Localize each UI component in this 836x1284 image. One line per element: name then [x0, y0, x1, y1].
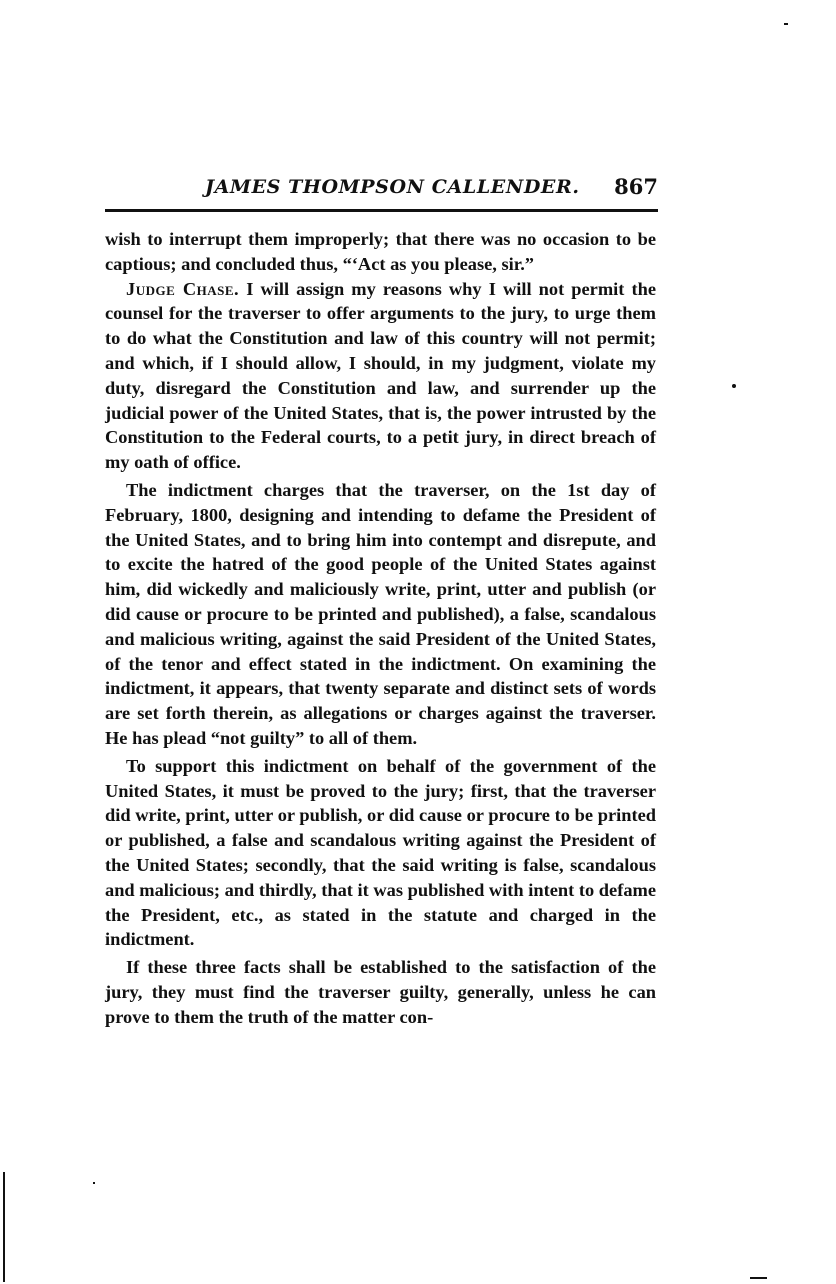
running-head: JAMES THOMPSON CALLENDER. 867	[205, 176, 658, 208]
paragraph-3: The indictment charges that the traverse…	[105, 478, 656, 751]
paragraph-5: If these three facts shall be establishe…	[105, 955, 656, 1029]
paragraph-1: wish to interrupt them improperly; that …	[105, 227, 656, 277]
paragraph-4: To support this indictment on behalf of …	[105, 754, 656, 952]
paragraph-2: Judge Chase. I will assign my reasons wh…	[105, 277, 656, 475]
speaker-name: Judge Chase.	[126, 279, 239, 299]
body-text: wish to interrupt them improperly; that …	[105, 227, 656, 1030]
scan-dot-right-margin	[732, 384, 736, 388]
running-title: JAMES THOMPSON CALLENDER.	[205, 176, 580, 198]
paragraph-2-text: I will assign my reasons why I will not …	[105, 279, 656, 473]
page-number: 867	[614, 174, 658, 199]
scan-dash-bottom-right	[750, 1277, 767, 1279]
scan-dot-bottom-left	[93, 1182, 95, 1184]
document-page: JAMES THOMPSON CALLENDER. 867 wish to in…	[0, 0, 836, 1284]
scan-mark-top-right	[784, 23, 788, 25]
header-rule	[105, 209, 658, 212]
scan-line-left-edge	[3, 1172, 5, 1282]
